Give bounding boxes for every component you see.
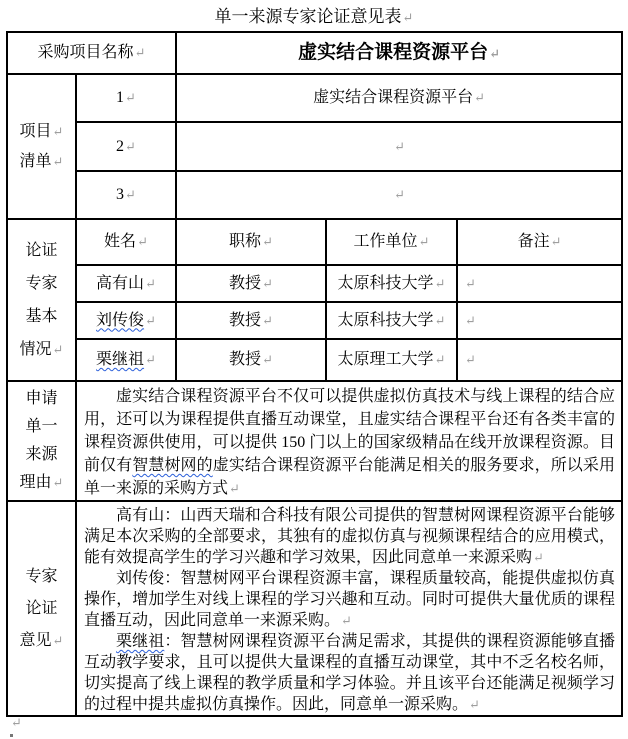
pilcrow-mark: ↵: [402, 10, 414, 25]
expert-name-cell: 栗继祖↵: [76, 339, 176, 381]
reason-label-cell: 申请 单一 来源 理由↵: [7, 381, 76, 501]
pilcrow-mark: ↵: [261, 313, 273, 328]
pilcrow-mark: ↵: [52, 475, 64, 490]
pilcrow-mark: ↵: [434, 276, 446, 291]
cursor-dot: [10, 734, 13, 737]
column-header-org: 工作单位↵: [326, 219, 457, 265]
pilcrow-mark: ↵: [134, 45, 146, 60]
reason-text-cell: 虚实结合课程资源平台不仅可以提供虚拟仿真技术与线上课程的结合应用，还可以为课程提…: [76, 381, 622, 501]
expert-org-cell: 太原科技大学↵: [326, 302, 457, 339]
pilcrow-mark: ↵: [464, 313, 476, 328]
expert-name: 栗继祖: [96, 351, 144, 368]
trailing-paragraph-mark: ↵: [10, 714, 22, 732]
pilcrow-mark: ↵: [261, 234, 273, 249]
expert-title-cell: 教授↵: [176, 339, 326, 381]
project-name-label-cell: 采购项目名称↵: [7, 32, 176, 74]
opinions-text-cell: 高有山：山西天瑞和合科技有限公司提供的智慧树网课程资源平台能够满足本次采购的全部…: [76, 501, 622, 716]
project-list-content-cell: ↵: [176, 171, 622, 219]
project-name-value-cell: 虚实结合课程资源平台↵: [176, 32, 622, 74]
pilcrow-mark: ↵: [10, 715, 22, 730]
project-list-no-cell: 3↵: [76, 171, 176, 219]
expert-org-cell: 太原科技大学↵: [326, 265, 457, 302]
table-row: 专家 论证 意见↵ 高有山：山西天瑞和合科技有限公司提供的智慧树网课程资源平台能…: [7, 501, 622, 716]
project-list-no-cell: 2↵: [76, 122, 176, 171]
table-row: 2↵ ↵: [7, 122, 622, 171]
project-list-no-cell: 1↵: [76, 74, 176, 122]
expert-title-cell: 教授↵: [176, 265, 326, 302]
table-row: 论证 专家 基本 情况↵ 姓名↵ 职称↵ 工作单位↵ 备注↵: [7, 219, 622, 265]
label-line: 专家: [8, 267, 75, 300]
expert-name: 高有山: [96, 275, 144, 292]
pilcrow-mark: ↵: [228, 481, 240, 496]
pilcrow-mark: ↵: [434, 313, 446, 328]
expert-row: 高有山↵ 教授↵ 太原科技大学↵ ↵: [7, 265, 622, 302]
label-line: 申请: [8, 385, 75, 413]
pilcrow-mark: ↵: [464, 352, 476, 367]
project-list-label-cell: 项目↵ 清单↵: [7, 74, 76, 219]
pilcrow-mark: ↵: [261, 276, 273, 291]
label-line: 论证: [8, 593, 75, 625]
pilcrow-mark: ↵: [434, 352, 446, 367]
pilcrow-mark: ↵: [136, 234, 148, 249]
expert-note-cell: ↵: [457, 302, 622, 339]
label-line: 意见↵: [8, 625, 75, 657]
opinion-form-table: 采购项目名称↵ 虚实结合课程资源平台↵ 项目↵ 清单↵ 1↵ 虚实结合课程资源平…: [6, 31, 623, 717]
column-header-title: 职称↵: [176, 219, 326, 265]
label-line: 情况↵: [8, 333, 75, 366]
expert-row: 栗继祖↵ 教授↵ 太原理工大学↵ ↵: [7, 339, 622, 381]
expert-note-cell: ↵: [457, 339, 622, 381]
pilcrow-mark: ↵: [550, 234, 562, 249]
pilcrow-mark: ↵: [144, 313, 156, 328]
pilcrow-mark: ↵: [52, 154, 64, 169]
pilcrow-mark: ↵: [393, 187, 405, 202]
opinion-paragraph-gao: 高有山：山西天瑞和合科技有限公司提供的智慧树网课程资源平台能够满足本次采购的全部…: [84, 505, 615, 568]
pilcrow-mark: ↵: [124, 90, 136, 105]
expert-note-cell: ↵: [457, 265, 622, 302]
expert-org-cell: 太原理工大学↵: [326, 339, 457, 381]
expert-row: 刘传俊↵ 教授↵ 太原科技大学↵ ↵: [7, 302, 622, 339]
project-no: 2: [116, 138, 124, 155]
document-title-text: 单一来源专家论证意见表: [215, 7, 402, 26]
label-line: 单一: [8, 413, 75, 441]
label-line: 清单↵: [8, 147, 75, 177]
pilcrow-mark: ↵: [124, 139, 136, 154]
project-name-label: 采购项目名称: [38, 44, 134, 61]
label-line: 项目↵: [8, 117, 75, 147]
pilcrow-mark: ↵: [468, 697, 480, 712]
table-row: 3↵ ↵: [7, 171, 622, 219]
label-line: 理由↵: [8, 469, 75, 497]
pilcrow-mark: ↵: [473, 90, 485, 105]
opinion-paragraph-liu: 刘传俊：智慧树网平台课程资源丰富，课程质量较高，能提供虚拟仿真操作，增加学生对线…: [84, 568, 615, 631]
pilcrow-mark: ↵: [488, 46, 500, 61]
project-content: 虚实结合课程资源平台: [313, 89, 473, 106]
project-name-value: 虚实结合课程资源平台: [298, 42, 488, 63]
pilcrow-mark: ↵: [52, 342, 64, 357]
pilcrow-mark: ↵: [418, 234, 430, 249]
table-row: 项目↵ 清单↵ 1↵ 虚实结合课程资源平台↵: [7, 74, 622, 122]
pilcrow-mark: ↵: [532, 550, 544, 565]
document-title: 单一来源专家论证意见表↵: [0, 7, 628, 28]
expert-name-cell: 高有山↵: [76, 265, 176, 302]
expert-name-cell: 刘传俊↵: [76, 302, 176, 339]
label-line: 基本: [8, 300, 75, 333]
expert-name: 刘传俊: [96, 312, 144, 329]
project-list-content-cell: ↵: [176, 122, 622, 171]
opinions-label-cell: 专家 论证 意见↵: [7, 501, 76, 716]
pilcrow-mark: ↵: [464, 276, 476, 291]
pilcrow-mark: ↵: [124, 187, 136, 202]
column-header-note: 备注↵: [457, 219, 622, 265]
table-row: 采购项目名称↵ 虚实结合课程资源平台↵: [7, 32, 622, 74]
pilcrow-mark: ↵: [52, 124, 64, 139]
label-line: 来源: [8, 441, 75, 469]
column-header-name: 姓名↵: [76, 219, 176, 265]
pilcrow-mark: ↵: [144, 352, 156, 367]
pilcrow-mark: ↵: [340, 613, 352, 628]
pilcrow-mark: ↵: [393, 139, 405, 154]
opinion-paragraph-li: 栗继祖：智慧树网课程资源平台满足需求，其提供的课程资源能够直播互动教学要求，且可…: [84, 631, 615, 715]
label-line: 专家: [8, 561, 75, 593]
pilcrow-mark: ↵: [261, 352, 273, 367]
experts-label-cell: 论证 专家 基本 情况↵: [7, 219, 76, 381]
expert-title-cell: 教授↵: [176, 302, 326, 339]
project-no: 1: [116, 89, 124, 106]
project-list-content-cell: 虚实结合课程资源平台↵: [176, 74, 622, 122]
label-line: 论证: [8, 234, 75, 267]
pilcrow-mark: ↵: [144, 276, 156, 291]
table-row: 申请 单一 来源 理由↵ 虚实结合课程资源平台不仅可以提供虚拟仿真技术与线上课程…: [7, 381, 622, 501]
pilcrow-mark: ↵: [52, 633, 64, 648]
reason-paragraph: 虚实结合课程资源平台不仅可以提供虚拟仿真技术与线上课程的结合应用，还可以为课程提…: [84, 385, 615, 500]
project-no: 3: [116, 186, 124, 203]
